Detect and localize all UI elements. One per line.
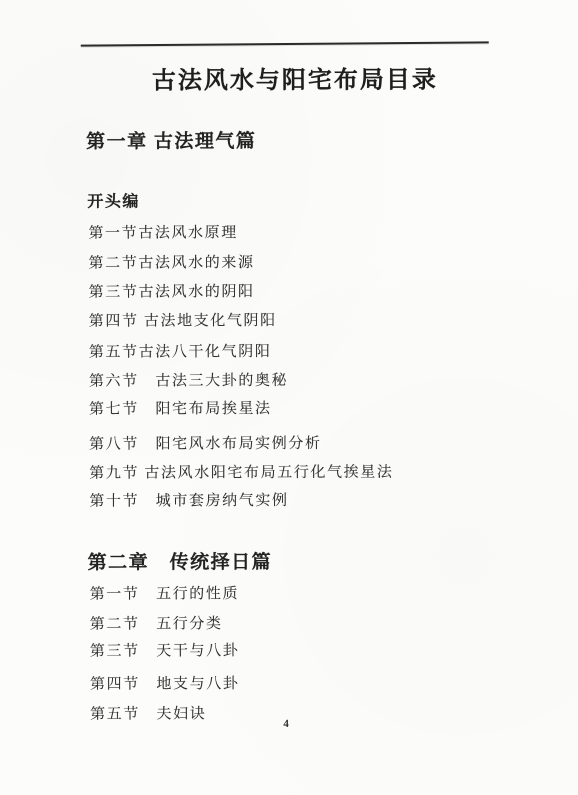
toc-entry-ch1-sec8: 第八节 阳宅风水布局实例分析 — [89, 432, 321, 454]
toc-entry-ch1-sec10: 第十节 城市套房纳气实例 — [89, 489, 288, 511]
toc-entry-ch1-sec9: 第九节 古法风水阳宅布局五行化气挨星法 — [89, 461, 393, 483]
scanned-book-page: 古法风水与阳宅布局目录 第一章 古法理气篇 开头编 第一节古法风水原理 第二节古… — [0, 0, 578, 795]
header-rule — [81, 41, 489, 47]
toc-entry-ch1-sec3: 第三节古法风水的阴阳 — [89, 280, 255, 302]
toc-entry-ch1-sec6: 第六节 古法三大卦的奥秘 — [89, 369, 288, 391]
chapter-1-heading: 第一章 古法理气篇 — [86, 126, 256, 154]
toc-entry-ch2-sec3: 第三节 天干与八卦 — [90, 639, 239, 661]
toc-entry-ch2-sec1: 第一节 五行的性质 — [90, 582, 239, 604]
page-content: 古法风水与阳宅布局目录 第一章 古法理气篇 开头编 第一节古法风水原理 第二节古… — [0, 0, 578, 795]
toc-entry-ch2-sec4: 第四节 地支与八卦 — [90, 672, 239, 694]
chapter-2-heading: 第二章 传统择日篇 — [88, 547, 273, 575]
toc-entry-ch1-sec4: 第四节 古法地支化气阴阳 — [89, 309, 277, 331]
toc-entry-ch1-sec2: 第二节古法风水的来源 — [88, 251, 254, 273]
toc-entry-ch1-sec1: 第一节古法风水原理 — [88, 221, 237, 243]
page-title: 古法风水与阳宅布局目录 — [0, 59, 577, 96]
toc-entry-ch1-sec7: 第七节 阳宅布局挨星法 — [89, 397, 272, 419]
toc-entry-ch1-sec5: 第五节古法八干化气阴阳 — [89, 340, 272, 362]
page-number: 4 — [1, 717, 578, 731]
chapter-1-opening-label: 开头编 — [87, 189, 140, 212]
toc-entry-ch2-sec2: 第二节 五行分类 — [90, 612, 223, 633]
